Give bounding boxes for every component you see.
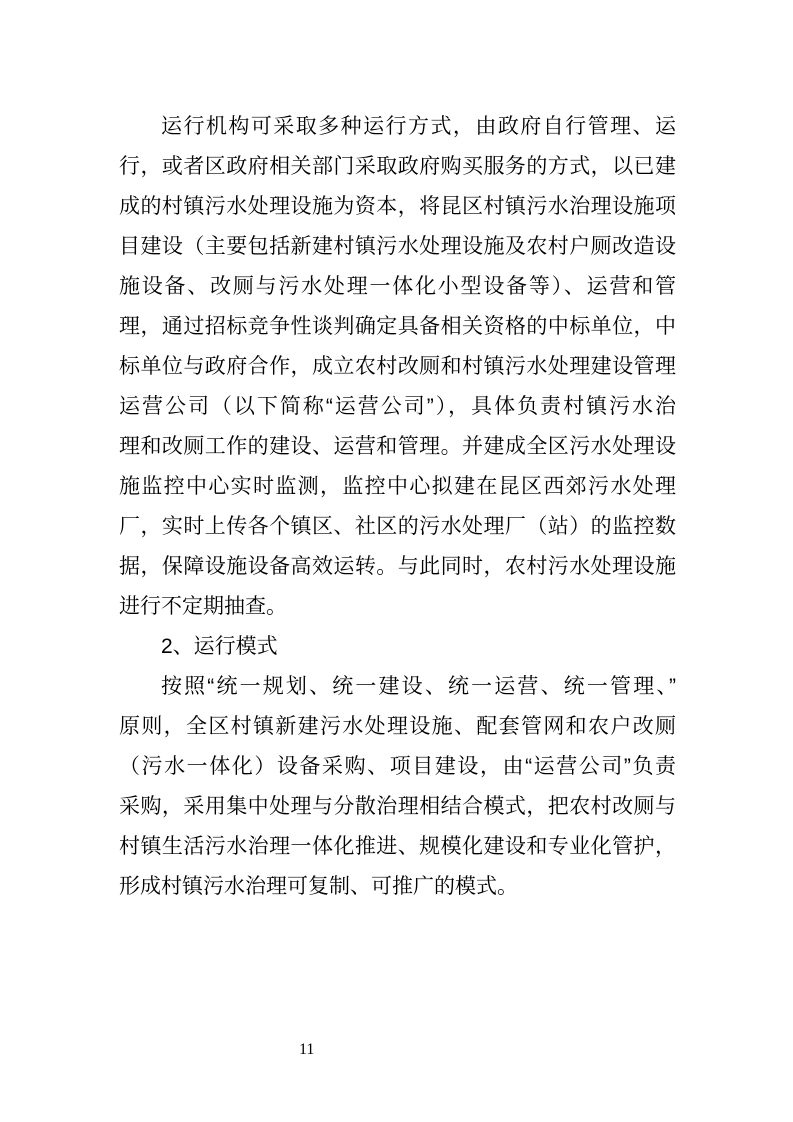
text-line: 村镇生活污水治理一体化推进、规模化建设和专业化管护， <box>119 827 676 867</box>
text-line: 形成村镇污水治理可复制、可推广的模式。 <box>119 867 676 907</box>
text-line: 施监控中心实时监测，监控中心拟建在昆区西郊污水处理 <box>119 467 676 507</box>
text-line: 按照“统一规划、统一建设、统一运营、统一管理、” <box>119 667 676 707</box>
text-line: 厂，实时上传各个镇区、社区的污水处理厂（站）的监控数 <box>119 507 676 547</box>
text-line: 进行不定期抽查。 <box>119 587 676 627</box>
text-line: 标单位与政府合作，成立农村改厕和村镇污水处理建设管理 <box>119 347 676 387</box>
text-line: 采购，采用集中处理与分散治理相结合模式，把农村改厕与 <box>119 787 676 827</box>
text-line: 行，或者区政府相关部门采取政府购买服务的方式，以已建 <box>119 147 676 187</box>
text-line: 目建设（主要包括新建村镇污水处理设施及农村户厕改造设 <box>119 227 676 267</box>
text-line: 据，保障设施设备高效运转。与此同时，农村污水处理设施 <box>119 547 676 587</box>
text-line: 成的村镇污水处理设施为资本，将昆区村镇污水治理设施项 <box>119 187 676 227</box>
page-number-footer: 11 <box>299 1040 314 1060</box>
text-line: 运行机构可采取多种运行方式，由政府自行管理、运 <box>119 107 676 147</box>
text-line: 原则，全区村镇新建污水处理设施、配套管网和农户改厕 <box>119 707 676 747</box>
text-line: 2、运行模式 <box>119 627 676 667</box>
document-page: 运行机构可采取多种运行方式，由政府自行管理、运行，或者区政府相关部门采取政府购买… <box>0 0 793 1122</box>
text-line: 理，通过招标竞争性谈判确定具备相关资格的中标单位，中 <box>119 307 676 347</box>
text-line: （污水一体化）设备采购、项目建设，由“运营公司”负责 <box>119 747 676 787</box>
text-line: 运营公司（以下简称“运营公司”），具体负责村镇污水治 <box>119 387 676 427</box>
text-line: 理和改厕工作的建设、运营和管理。并建成全区污水处理设 <box>119 427 676 467</box>
text-line: 施设备、改厕与污水处理一体化小型设备等）、运营和管 <box>119 267 676 307</box>
document-body-text: 运行机构可采取多种运行方式，由政府自行管理、运行，或者区政府相关部门采取政府购买… <box>119 107 676 907</box>
